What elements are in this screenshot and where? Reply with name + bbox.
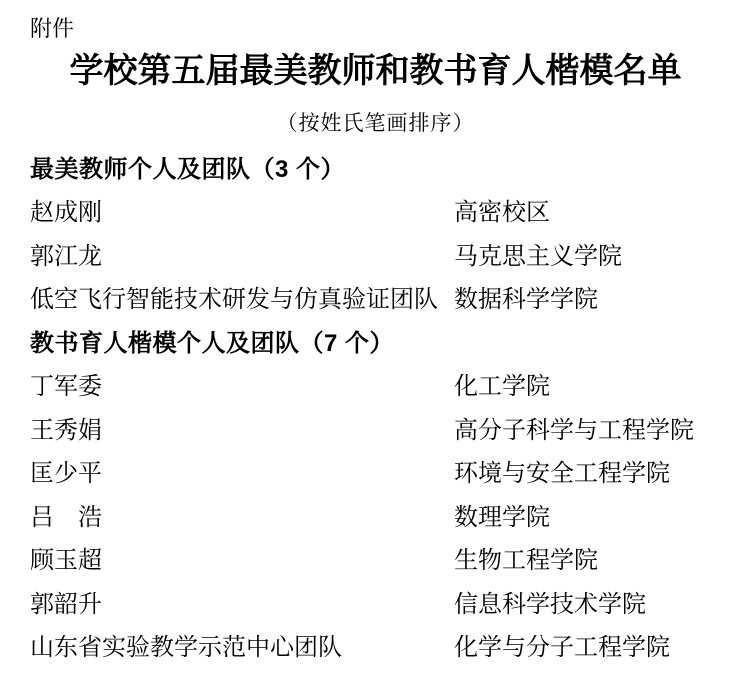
awardee-unit: 环境与安全工程学院 bbox=[454, 460, 721, 488]
roster-row: 匡少平 环境与安全工程学院 bbox=[30, 453, 721, 497]
section-heading-label: 最美教师个人及团队（3 个） bbox=[30, 156, 345, 184]
awardee-unit: 马克思主义学院 bbox=[454, 243, 721, 271]
awardee-name: 赵成刚 bbox=[30, 199, 454, 227]
awardee-name: 王秀娟 bbox=[30, 417, 454, 445]
section-heading-teaching-models: 教书育人楷模个人及团队（7 个） bbox=[30, 322, 721, 366]
sort-note-subtitle: （按姓氏笔画排序） bbox=[30, 108, 721, 138]
awardee-roster: 最美教师个人及团队（3 个） 赵成刚 高密校区 郭江龙 马克思主义学院 低空飞行… bbox=[30, 148, 721, 670]
roster-row: 吕 浩 数理学院 bbox=[30, 496, 721, 540]
roster-row: 郭江龙 马克思主义学院 bbox=[30, 235, 721, 279]
awardee-unit: 高密校区 bbox=[454, 199, 721, 227]
awardee-name: 郭韶升 bbox=[30, 591, 454, 619]
awardee-name: 吕 浩 bbox=[30, 504, 454, 532]
awardee-unit: 化学与分子工程学院 bbox=[454, 634, 721, 662]
awardee-unit: 信息科学技术学院 bbox=[454, 591, 721, 619]
roster-row: 顾玉超 生物工程学院 bbox=[30, 540, 721, 584]
roster-row: 王秀娟 高分子科学与工程学院 bbox=[30, 409, 721, 453]
awardee-unit: 高分子科学与工程学院 bbox=[454, 417, 721, 445]
attachment-label: 附件 bbox=[30, 16, 721, 42]
section-heading-most-beautiful-teachers: 最美教师个人及团队（3 个） bbox=[30, 148, 721, 192]
section-heading-label: 教书育人楷模个人及团队（7 个） bbox=[30, 330, 394, 358]
roster-row: 赵成刚 高密校区 bbox=[30, 192, 721, 236]
document-page: 附件 学校第五届最美教师和教书育人楷模名单 （按姓氏笔画排序） 最美教师个人及团… bbox=[0, 0, 741, 675]
awardee-name: 郭江龙 bbox=[30, 243, 454, 271]
roster-row: 低空飞行智能技术研发与仿真验证团队 数据科学学院 bbox=[30, 279, 721, 323]
awardee-unit: 数理学院 bbox=[454, 504, 721, 532]
awardee-unit: 化工学院 bbox=[454, 373, 721, 401]
roster-row: 丁军委 化工学院 bbox=[30, 366, 721, 410]
awardee-name: 匡少平 bbox=[30, 460, 454, 488]
awardee-unit: 生物工程学院 bbox=[454, 547, 721, 575]
awardee-name: 低空飞行智能技术研发与仿真验证团队 bbox=[30, 286, 454, 314]
awardee-name: 顾玉超 bbox=[30, 547, 454, 575]
document-title: 学校第五届最美教师和教书育人楷模名单 bbox=[30, 50, 721, 94]
awardee-name: 丁军委 bbox=[30, 373, 454, 401]
awardee-name: 山东省实验教学示范中心团队 bbox=[30, 634, 454, 662]
awardee-unit: 数据科学学院 bbox=[454, 286, 721, 314]
roster-row: 郭韶升 信息科学技术学院 bbox=[30, 583, 721, 627]
roster-row: 山东省实验教学示范中心团队 化学与分子工程学院 bbox=[30, 627, 721, 671]
